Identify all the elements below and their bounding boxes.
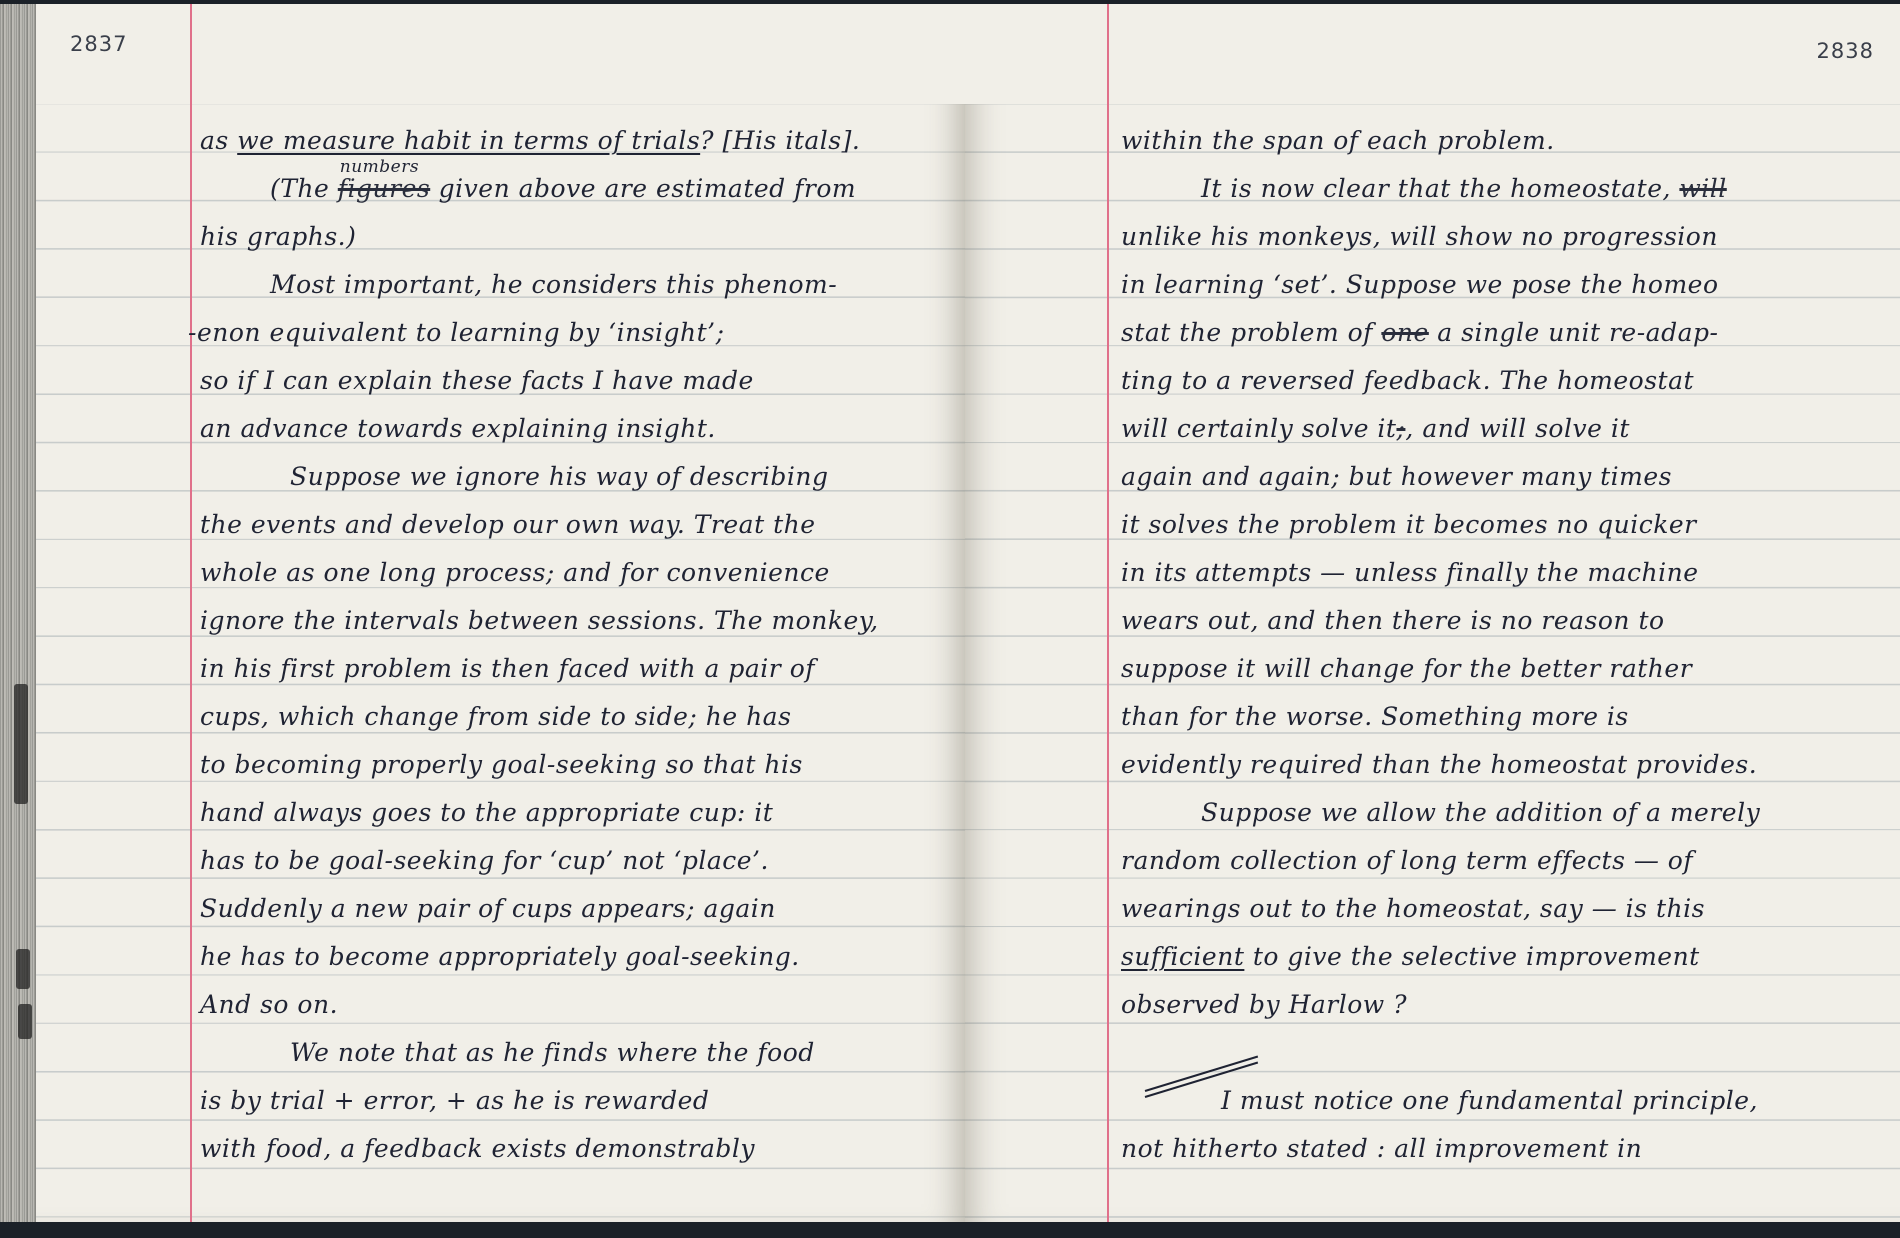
handwritten-line: We note that as he finds where the food: [290, 1038, 815, 1068]
line-text: a single unit re-adap-: [1429, 318, 1719, 347]
handwritten-line: in learning ‘set’. Suppose we pose the h…: [1121, 270, 1719, 300]
handwritten-line: wearings out to the homeostat, say — is …: [1121, 894, 1705, 924]
handwritten-line: Suppose we ignore his way of describing: [290, 462, 829, 492]
handwritten-line: random collection of long term effects —…: [1121, 846, 1693, 876]
top-margin-area: [965, 4, 1900, 104]
handwritten-line: has to be goal-seeking for ‘cup’ not ‘pl…: [200, 846, 769, 876]
handwritten-line: Most important, he considers this phenom…: [270, 270, 837, 300]
underlined-text: we measure habit in terms of trials: [237, 126, 700, 155]
handwritten-line: stat the problem of one a single unit re…: [1121, 318, 1718, 348]
handwritten-line: It is now clear that the homeostate, wil…: [1201, 174, 1727, 204]
page-number: 2837: [70, 32, 127, 56]
handwritten-line: -enon equivalent to learning by ‘insight…: [188, 318, 725, 348]
page-stack-edge: [0, 4, 36, 1222]
handwritten-line: than for the worse. Something more is: [1121, 702, 1629, 732]
line-text: , and will solve it: [1405, 414, 1629, 443]
handwritten-line: an advance towards explaining insight.: [200, 414, 716, 444]
handwritten-line: not hitherto stated : all improvement in: [1121, 1134, 1642, 1164]
handwritten-line: Suddenly a new pair of cups appears; aga…: [200, 894, 776, 924]
handwritten-line: ting to a reversed feedback. The homeost…: [1121, 366, 1694, 396]
line-text: It is now clear that the homeostate,: [1201, 174, 1679, 203]
handwritten-line: with food, a feedback exists demonstrabl…: [200, 1134, 755, 1164]
handwritten-line: (The figuresnumbers given above are esti…: [270, 174, 856, 204]
handwritten-line: will certainly solve it;, and will solve…: [1121, 414, 1630, 444]
handwritten-line: within the span of each problem.: [1121, 126, 1555, 156]
handwritten-line: as we measure habit in terms of trials? …: [200, 126, 860, 156]
handwritten-line: his graphs.): [200, 222, 356, 252]
handwritten-line: ignore the intervals between sessions. T…: [200, 606, 879, 636]
handwritten-line: in his first problem is then faced with …: [200, 654, 815, 684]
ink-bleed-mark: [14, 684, 28, 804]
handwritten-line: I must notice one fundamental principle,: [1221, 1086, 1758, 1116]
red-margin-line: [190, 4, 192, 1222]
ink-bleed-mark: [18, 1004, 32, 1039]
handwritten-line: wears out, and then there is no reason t…: [1121, 606, 1665, 636]
handwritten-line: whole as one long process; and for conve…: [200, 558, 830, 588]
handwritten-line: Suppose we allow the addition of a merel…: [1201, 798, 1760, 828]
handwritten-line: it solves the problem it becomes no quic…: [1121, 510, 1697, 540]
handwritten-line: observed by Harlow ?: [1121, 990, 1407, 1020]
handwritten-line: to becoming properly goal-seeking so tha…: [200, 750, 803, 780]
top-margin-area: [36, 4, 965, 104]
line-text: given above are estimated from: [430, 174, 856, 203]
correction: figuresnumbers: [338, 174, 430, 204]
notebook-spread: 2837 as we measure habit in terms of tri…: [0, 0, 1900, 1238]
struck-text: will: [1679, 174, 1726, 203]
right-page: 2838 within the span of each problem. It…: [965, 4, 1900, 1222]
line-text: (The: [270, 174, 338, 203]
page-number: 2838: [1817, 39, 1874, 63]
handwritten-line: he has to become appropriately goal-seek…: [200, 942, 800, 972]
handwritten-line: in its attempts — unless finally the mac…: [1121, 558, 1699, 588]
handwritten-line: is by trial + error, + as he is rewarded: [200, 1086, 709, 1116]
handwritten-line: suppose it will change for the better ra…: [1121, 654, 1692, 684]
line-text: as: [200, 126, 237, 155]
handwritten-line: hand always goes to the appropriate cup:…: [200, 798, 773, 828]
line-text: stat the problem of: [1121, 318, 1381, 347]
handwritten-line: cups, which change from side to side; he…: [200, 702, 791, 732]
left-page: 2837 as we measure habit in terms of tri…: [36, 4, 965, 1222]
handwritten-line: unlike his monkeys, will show no progres…: [1121, 222, 1718, 252]
section-break-stroke: [1145, 1064, 1265, 1076]
background-strip: [0, 1222, 1900, 1238]
handwritten-line: sufficient to give the selective improve…: [1121, 942, 1700, 972]
red-margin-line: [1107, 4, 1109, 1222]
handwritten-line: And so on.: [200, 990, 338, 1020]
struck-text: one: [1381, 318, 1428, 347]
line-text: to give the selective improvement: [1244, 942, 1699, 971]
line-text: will certainly solve it: [1121, 414, 1396, 443]
ink-bleed-mark: [16, 949, 30, 989]
handwritten-line: the events and develop our own way. Trea…: [200, 510, 816, 540]
handwritten-line: evidently required than the homeostat pr…: [1121, 750, 1757, 780]
handwritten-line: so if I can explain these facts I have m…: [200, 366, 754, 396]
line-text: ? [His itals].: [700, 126, 860, 155]
inserted-text: numbers: [340, 152, 419, 182]
handwritten-line: again and again; but however many times: [1121, 462, 1672, 492]
underlined-text: sufficient: [1121, 942, 1244, 971]
